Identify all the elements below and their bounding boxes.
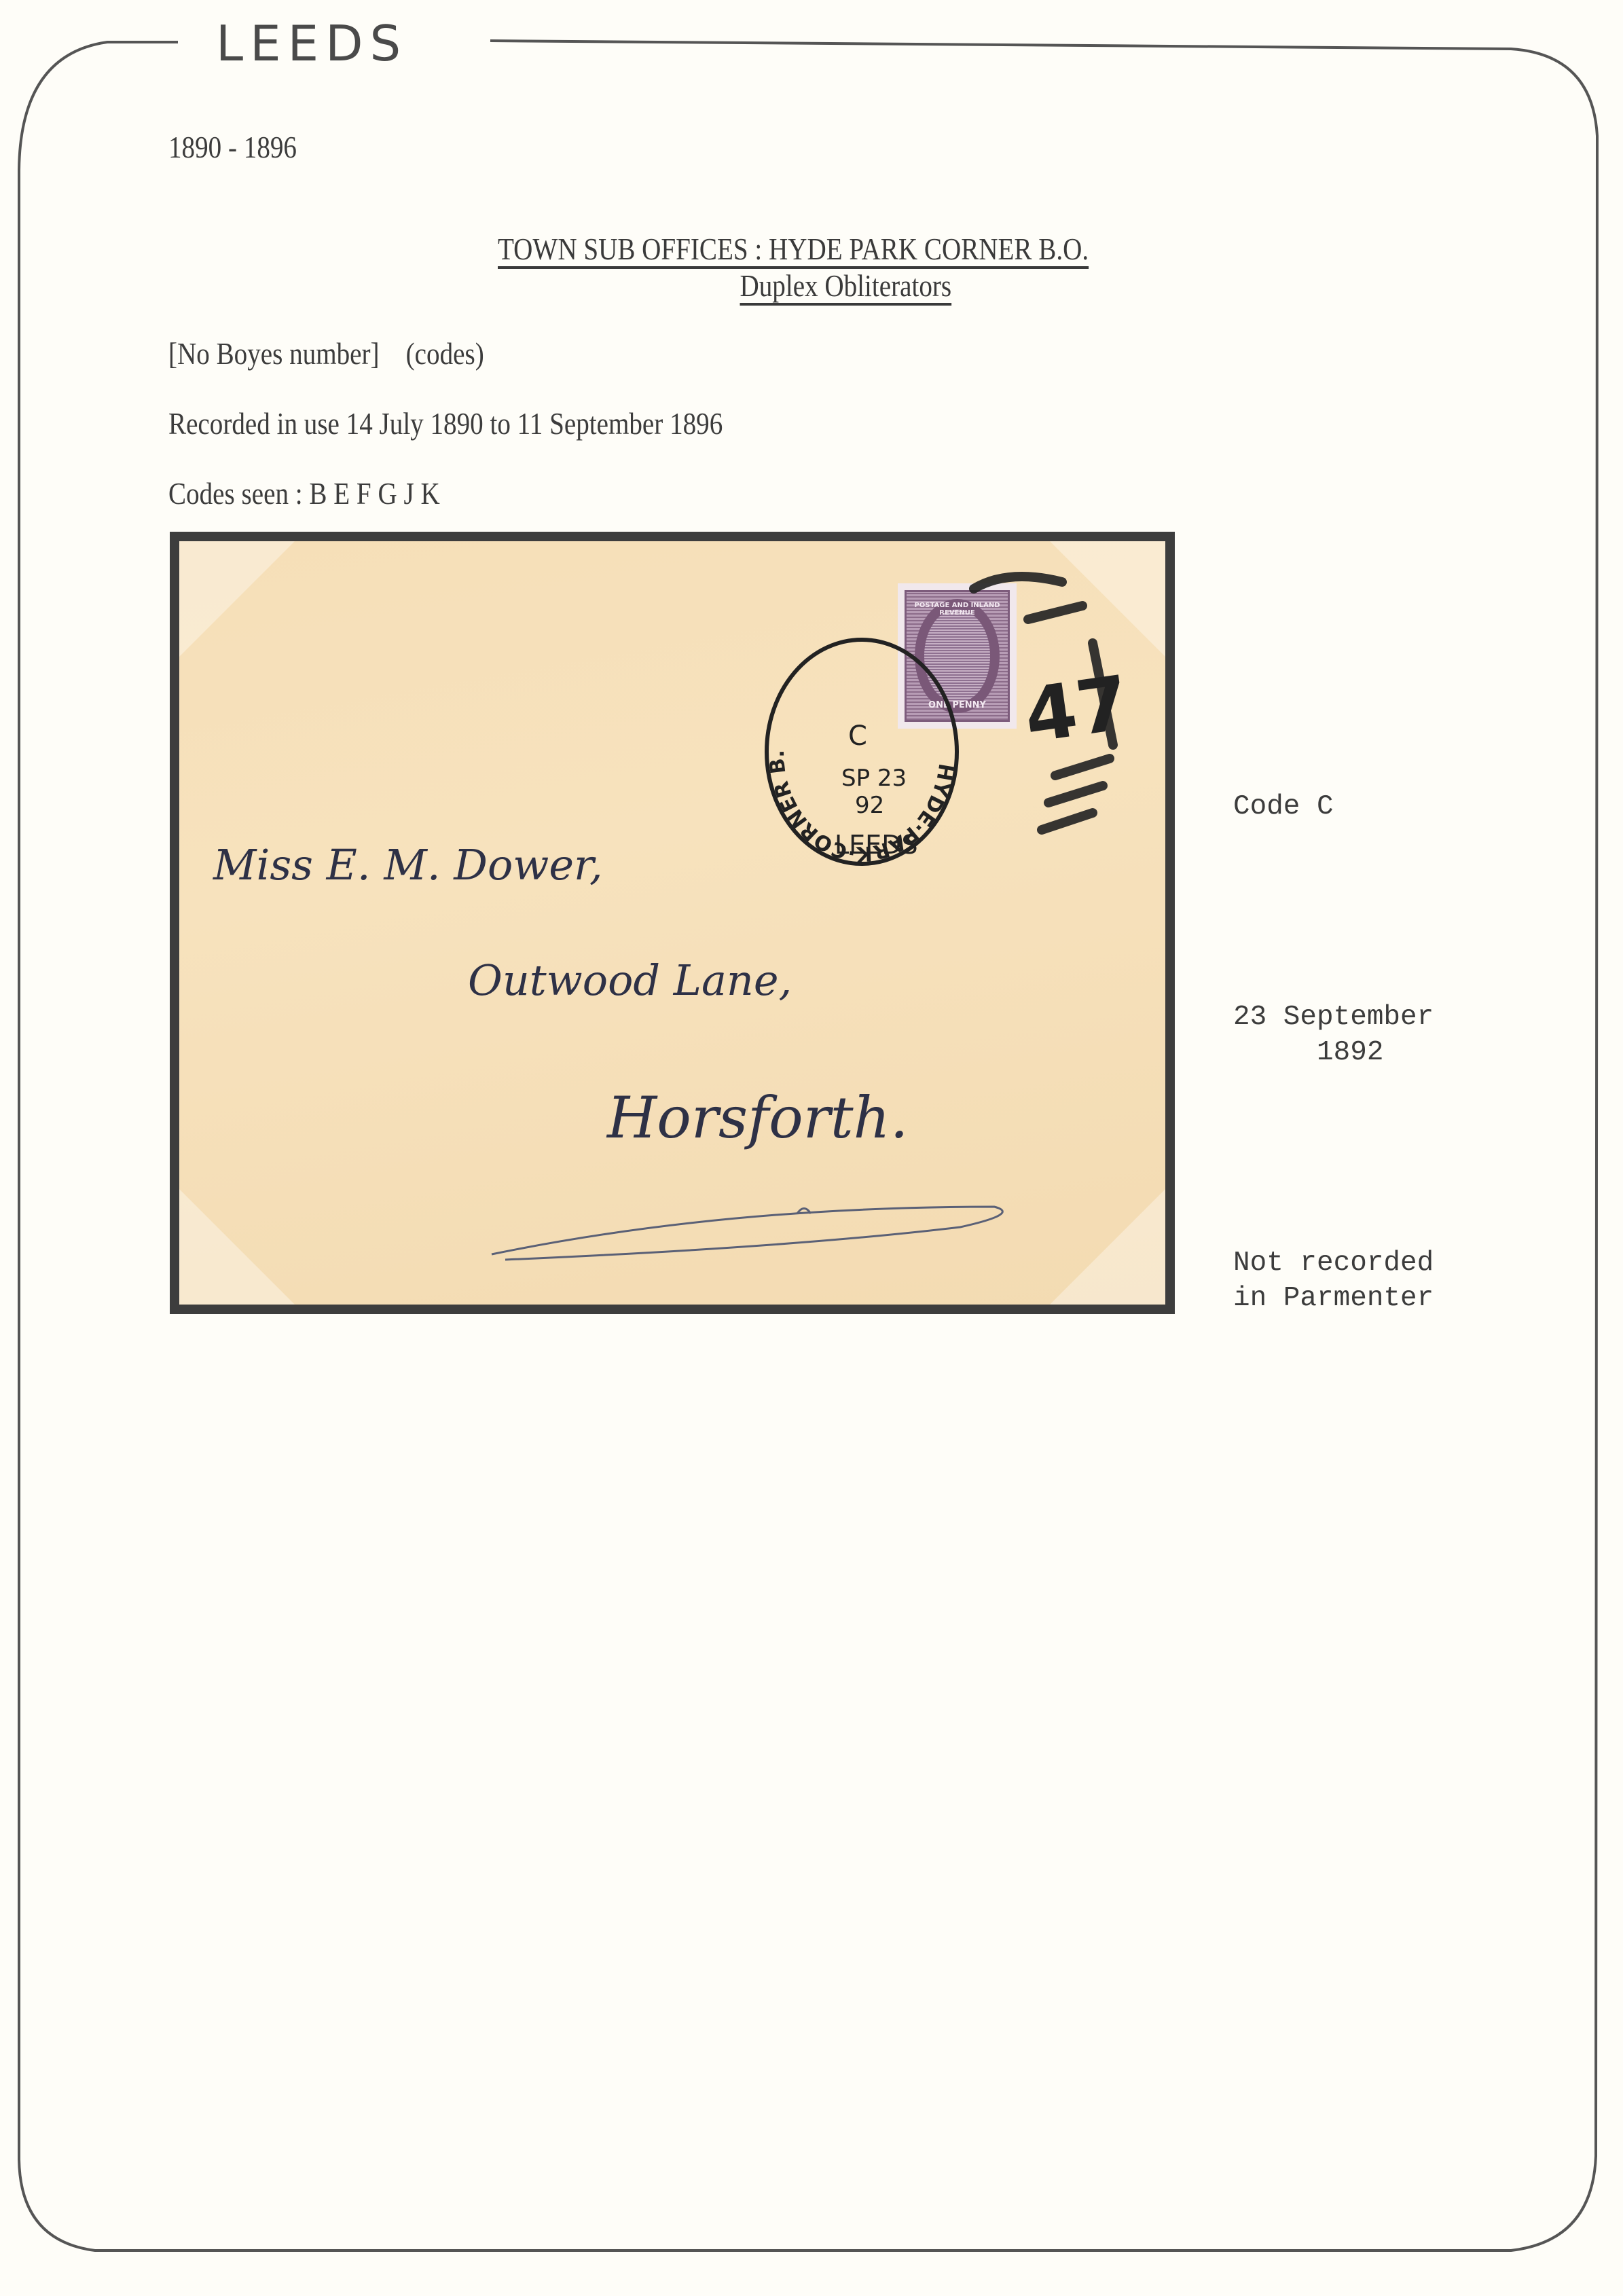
code-note: Code C bbox=[1233, 789, 1434, 824]
codes-seen: Codes seen : B E F G J K bbox=[168, 475, 440, 511]
boyes-number-note: [No Boyes number] (codes) bbox=[168, 335, 484, 371]
flourish-underline bbox=[179, 541, 1165, 1305]
recorded-period: Recorded in use 14 July 1890 to 11 Septe… bbox=[168, 405, 723, 441]
section-heading: TOWN SUB OFFICES : HYDE PARK CORNER B.O. bbox=[498, 231, 1089, 267]
page-title: LEEDS bbox=[216, 15, 407, 72]
parmenter-note: Not recorded in Parmenter bbox=[1233, 1245, 1434, 1316]
cover-notes: Code C 23 September 1892 Not recorded in… bbox=[1233, 718, 1434, 1351]
cover-mount: POSTAGE AND INLAND REVENUE ONE PENNY HYD… bbox=[170, 532, 1175, 1314]
date-note: 23 September 1892 bbox=[1233, 1000, 1434, 1070]
period-range: 1890 - 1896 bbox=[168, 129, 297, 165]
section-subheading: Duplex Obliterators bbox=[740, 268, 951, 304]
envelope: POSTAGE AND INLAND REVENUE ONE PENNY HYD… bbox=[179, 541, 1165, 1305]
